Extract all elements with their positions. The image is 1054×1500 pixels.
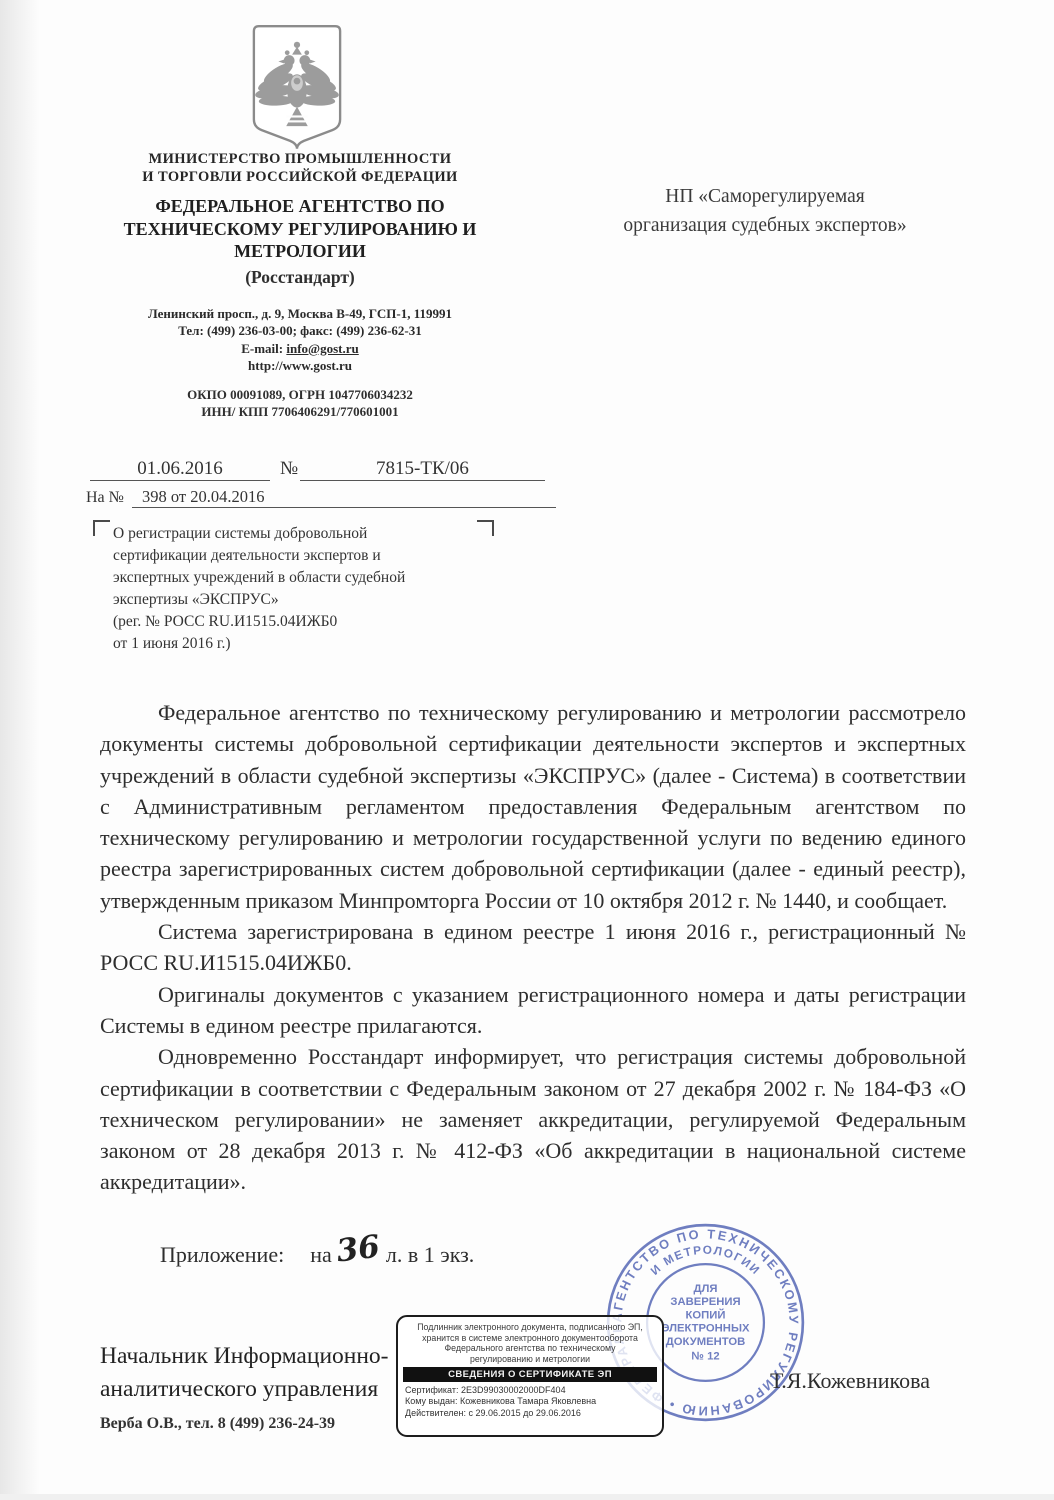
attachment-prefix: на <box>310 1242 332 1267</box>
subject-line: О регистрации системы добровольной <box>113 523 483 545</box>
scanned-letter-page: МИНИСТЕРСТВО ПРОМЫШЛЕННОСТИ И ТОРГОВЛИ Р… <box>0 0 1054 1500</box>
phone-fax: Тел: (499) 236-03-00; факс: (499) 236-62… <box>85 322 515 340</box>
body-paragraph: Оригиналы документов с указанием регистр… <box>100 979 966 1042</box>
esign-cert-label: Сертификат: <box>405 1385 458 1395</box>
attachment-label: Приложение: <box>160 1242 284 1267</box>
ministry-name-line2: И ТОРГОВЛИ РОССИЙСКОЙ ФЕДЕРАЦИИ <box>85 168 515 186</box>
number-sign: № <box>280 458 298 480</box>
esign-header-line: Подлинник электронного документа, подпис… <box>405 1322 655 1333</box>
okpo-ogrn: ОКПО 00091089, ОГРН 1047706034232 <box>85 386 515 404</box>
agency-name-line3: МЕТРОЛОГИИ <box>85 240 515 263</box>
esign-valid-label: Действителен: <box>405 1408 466 1418</box>
esign-certificate-bar: СВЕДЕНИЯ О СЕРТИФИКАТЕ ЭП <box>403 1367 657 1382</box>
letter-date: 01.06.2016 <box>90 458 270 481</box>
letter-number: 7815-ТК/06 <box>300 458 545 481</box>
body-paragraph: Одновременно Росстандарт информирует, чт… <box>100 1041 966 1197</box>
esign-header-line: хранится в системе электронного документ… <box>405 1333 655 1344</box>
stamp-center-line: № 12 <box>691 1350 719 1362</box>
stamp-center-line: ДЛЯ <box>693 1283 717 1295</box>
agency-short-name: (Росстандарт) <box>85 267 515 288</box>
agency-name-line2: ТЕХНИЧЕСКОМУ РЕГУЛИРОВАНИЮ И <box>85 218 515 241</box>
subject-line: сертификации деятельности экспертов и <box>113 545 483 567</box>
email-label: E-mail: <box>241 341 286 356</box>
esign-cert-value: 2E3D99030002000DF404 <box>461 1385 566 1395</box>
esign-issued-value: Кожевникова Тамара Яковлевна <box>460 1396 596 1406</box>
stamp-center-line: ЭЛЕКТРОННЫХ <box>662 1323 750 1335</box>
subject-line: экспертных учреждений в области судебной <box>113 567 483 589</box>
body-paragraph: Федеральное агентство по техническому ре… <box>100 697 966 916</box>
scan-edge-artifact <box>0 0 40 1500</box>
esign-header-line: Федерального агентства по техническому <box>405 1343 655 1354</box>
signatory-name: Т.Я.Кожевникова <box>770 1368 930 1394</box>
recipient-line1: НП «Саморегулируемая <box>545 182 985 211</box>
esign-header-line: регулированию и метрологии <box>405 1354 655 1365</box>
subject-bracket-left <box>93 520 110 536</box>
stamp-center-line: ДОКУМЕНТОВ <box>666 1336 746 1348</box>
inn-kpp: ИНН/ КПП 7706406291/770601001 <box>85 403 515 421</box>
agency-name-line1: ФЕДЕРАЛЬНОЕ АГЕНТСТВО ПО <box>85 195 515 218</box>
email-line: E-mail: info@gost.ru <box>85 340 515 358</box>
postal-address: Ленинский просп., д. 9, Москва В-49, ГСП… <box>85 305 515 323</box>
letterhead: МИНИСТЕРСТВО ПРОМЫШЛЕННОСТИ И ТОРГОВЛИ Р… <box>85 150 515 421</box>
recipient-line2: организация судебных экспертов» <box>545 211 985 240</box>
email-link: info@gost.ru <box>286 341 358 356</box>
website: http://www.gost.ru <box>85 357 515 375</box>
reply-reference-value: 398 от 20.04.2016 <box>132 487 556 508</box>
letter-body: Федеральное агентство по техническому ре… <box>100 697 966 1198</box>
esign-issued-label: Кому выдан: <box>405 1396 458 1406</box>
ministry-name-line1: МИНИСТЕРСТВО ПРОМЫШЛЕННОСТИ <box>85 150 515 168</box>
attachment-suffix: л. в 1 экз. <box>386 1242 474 1267</box>
stamp-center-line: ЗАВЕРЕНИЯ <box>670 1296 740 1308</box>
executor-contact: Верба О.В., тел. 8 (499) 236-24-39 <box>100 1415 335 1433</box>
reply-reference-label: На № <box>86 489 124 507</box>
stamp-center-line: КОПИЙ <box>686 1308 726 1321</box>
subject-block: О регистрации системы добровольной серти… <box>113 523 483 655</box>
subject-line: (рег. № РОСС RU.И1515.04ИЖБ0 <box>113 611 483 633</box>
body-paragraph: Система зарегистрирована в едином реестр… <box>100 916 966 979</box>
subject-line: экспертизы «ЭКСПРУС» <box>113 589 483 611</box>
esign-certificate-stamp: Подлинник электронного документа, подпис… <box>396 1315 664 1437</box>
attachment-line: Приложение:на 36 л. в 1 экз. <box>160 1234 474 1270</box>
esign-valid-value: с 29.06.2015 до 29.06.2016 <box>469 1408 581 1418</box>
handwritten-sheet-count: 36 <box>335 1229 382 1270</box>
scan-edge-artifact-bottom <box>0 1494 1054 1500</box>
subject-line: от 1 июня 2016 г.) <box>113 633 483 655</box>
russia-coat-of-arms-icon <box>248 22 346 150</box>
recipient-block: НП «Саморегулируемая организация судебны… <box>545 182 985 240</box>
